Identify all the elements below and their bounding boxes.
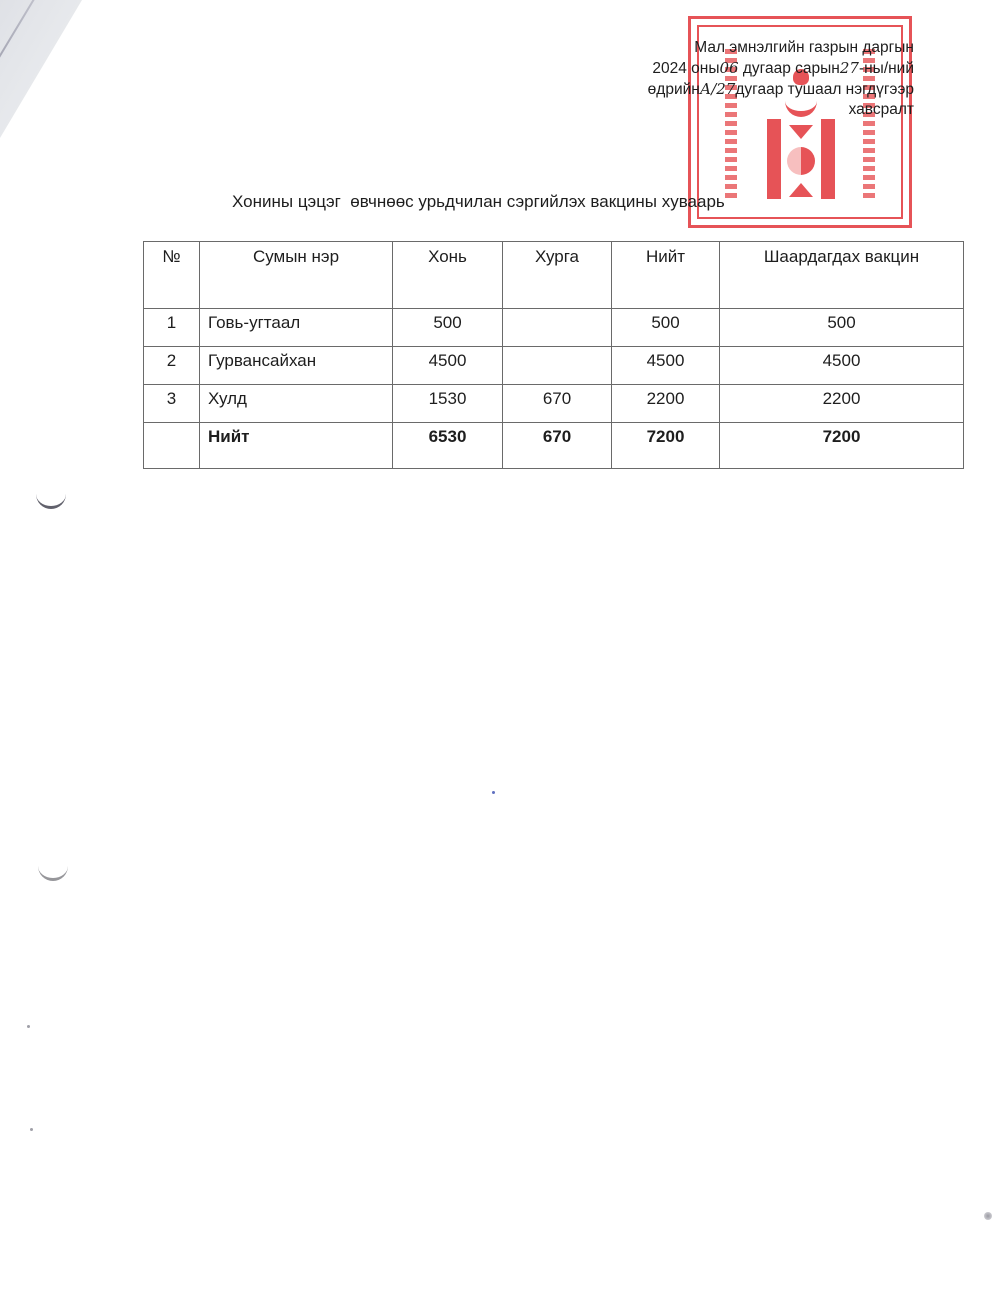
cell-sheep-total: 6530 <box>393 423 503 469</box>
punch-hole-mark <box>38 862 68 881</box>
cell-total: 500 <box>612 309 720 347</box>
scan-corner-fold <box>0 0 90 140</box>
approval-line-3: өдрийнА/27дугаар тушаал нэгдүгээр <box>594 79 914 100</box>
approval-annotation: Мал эмнэлгийн газрын даргын 2024 оны06 д… <box>594 38 914 120</box>
header-total: Нийт <box>612 242 720 309</box>
table-total-row: Нийт 6530 670 7200 7200 <box>144 423 964 469</box>
cell-lambs <box>503 347 612 385</box>
approval-line-1: Мал эмнэлгийн газрын даргын <box>594 38 914 58</box>
vaccine-allocation-table: № Сумын нэр Хонь Хурга Нийт Шаардагдах в… <box>143 241 964 469</box>
cell-soum-name: Гурвансайхан <box>200 347 393 385</box>
handwritten-order-number: А/27 <box>700 80 736 98</box>
cell-lambs <box>503 309 612 347</box>
table-row: 1 Говь-угтаал 500 500 500 <box>144 309 964 347</box>
scan-speck <box>492 791 495 794</box>
approval-line-2: 2024 оны06 дугаар сарын27-ны/ний <box>594 58 914 79</box>
cell-sheep: 4500 <box>393 347 503 385</box>
scan-speck <box>30 1128 33 1131</box>
approval-line-4: хавсралт <box>594 100 914 120</box>
header-sheep: Хонь <box>393 242 503 309</box>
handwritten-month: 06 <box>719 59 738 77</box>
cell-required-vaccine-total: 7200 <box>720 423 964 469</box>
table-row: 2 Гурвансайхан 4500 4500 4500 <box>144 347 964 385</box>
cell-total: 4500 <box>612 347 720 385</box>
header-required-vaccine: Шаардагдах вакцин <box>720 242 964 309</box>
scan-speck <box>984 1212 992 1220</box>
cell-grand-total: 7200 <box>612 423 720 469</box>
cell-soum-name: Говь-угтаал <box>200 309 393 347</box>
header-soum-name: Сумын нэр <box>200 242 393 309</box>
cell-number: 2 <box>144 347 200 385</box>
document-title: Хонины цэцэг өвчнөөс урьдчилан сэргийлэх… <box>232 192 725 212</box>
table-row: 3 Хулд 1530 670 2200 2200 <box>144 385 964 423</box>
cell-number: 1 <box>144 309 200 347</box>
cell-sheep: 1530 <box>393 385 503 423</box>
cell-number <box>144 423 200 469</box>
header-number: № <box>144 242 200 309</box>
cell-required-vaccine: 4500 <box>720 347 964 385</box>
cell-total-label: Нийт <box>200 423 393 469</box>
cell-required-vaccine: 2200 <box>720 385 964 423</box>
cell-soum-name: Хулд <box>200 385 393 423</box>
table-header-row: № Сумын нэр Хонь Хурга Нийт Шаардагдах в… <box>144 242 964 309</box>
cell-lambs: 670 <box>503 385 612 423</box>
cell-number: 3 <box>144 385 200 423</box>
header-lambs: Хурга <box>503 242 612 309</box>
cell-lambs-total: 670 <box>503 423 612 469</box>
cell-total: 2200 <box>612 385 720 423</box>
cell-required-vaccine: 500 <box>720 309 964 347</box>
scan-speck <box>27 1025 30 1028</box>
handwritten-day: 27 <box>840 59 859 77</box>
punch-hole-mark <box>36 490 66 509</box>
cell-sheep: 500 <box>393 309 503 347</box>
